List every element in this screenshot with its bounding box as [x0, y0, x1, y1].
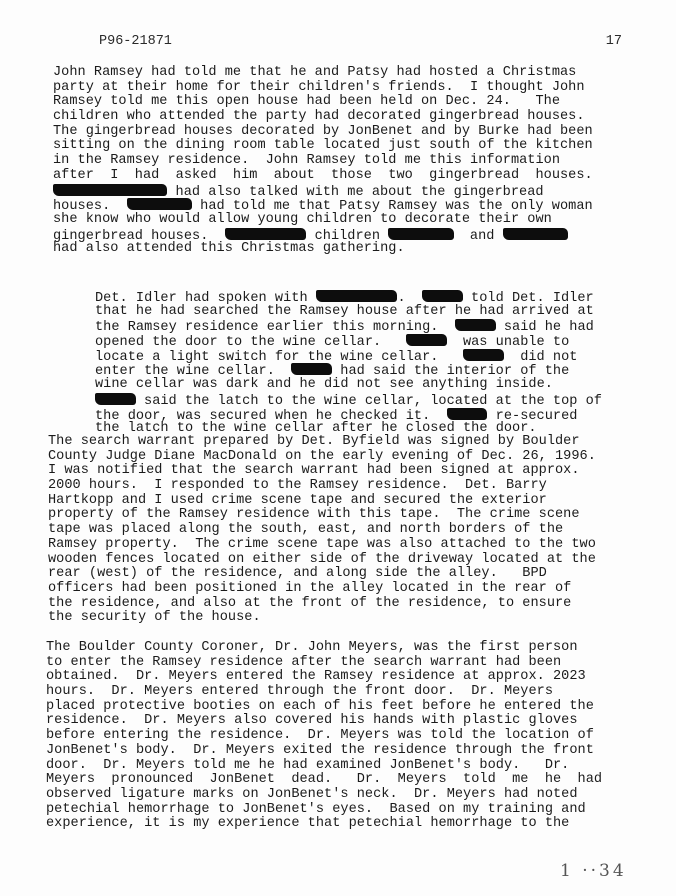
text-segment: the residence, and also at the front of … — [48, 596, 571, 611]
text-segment: door. Dr. Meyers told me he had examined… — [46, 758, 569, 773]
text-line: wine cellar was dark and he did not see … — [95, 378, 602, 393]
redaction-bar — [388, 228, 453, 240]
text-line: the door, was secured when he checked it… — [95, 408, 602, 423]
text-segment: in the Ramsey residence. John Ramsey tol… — [53, 153, 560, 168]
text-segment: rear (west) of the residence, and along … — [48, 566, 547, 581]
text-line: Ramsey told me this open house had been … — [53, 95, 593, 110]
redaction-bar — [455, 319, 496, 331]
text-line: opened the door to the wine cellar. was … — [95, 334, 602, 349]
text-segment: the security of the house. — [48, 610, 261, 625]
redaction-bar — [447, 408, 488, 420]
text-line: 2000 hours. I responded to the Ramsey re… — [48, 479, 596, 494]
text-segment: opened the door to the wine cellar. — [95, 335, 406, 350]
redaction-bar — [225, 228, 307, 240]
text-line: sitting on the dining room table located… — [53, 139, 593, 154]
text-line: houses. had told me that Patsy Ramsey wa… — [53, 198, 593, 213]
text-segment: to enter the Ramsey residence after the … — [46, 655, 561, 670]
text-segment: children who attended the party had deco… — [53, 109, 585, 124]
text-line: experience, it is my experience that pet… — [46, 817, 602, 832]
text-segment: after I had asked him about those two gi… — [53, 168, 593, 183]
page-number: 17 — [606, 34, 622, 49]
text-line: had also talked with me about the ginger… — [53, 184, 593, 199]
text-segment: 2000 hours. I responded to the Ramsey re… — [48, 478, 547, 493]
document-page: P96-21871 17 John Ramsey had told me tha… — [0, 0, 676, 896]
text-segment: tape was placed along the south, east, a… — [48, 522, 563, 537]
redaction-bar — [463, 349, 504, 361]
text-segment: hours. Dr. Meyers entered through the fr… — [46, 684, 553, 699]
text-line: the security of the house. — [48, 611, 596, 626]
text-segment: officers had been positioned in the alle… — [48, 581, 571, 596]
text-line: John Ramsey had told me that he and Pats… — [53, 66, 593, 81]
text-line: tape was placed along the south, east, a… — [48, 523, 596, 538]
paragraph-coroner: The Boulder County Coroner, Dr. John Mey… — [46, 641, 602, 832]
paragraph-search-warrant: The search warrant prepared by Det. Byfi… — [48, 435, 596, 626]
text-line: that he had searched the Ramsey house af… — [95, 305, 602, 320]
text-segment: experience, it is my experience that pet… — [46, 816, 569, 831]
text-line: The gingerbread houses decorated by JonB… — [53, 125, 593, 140]
redaction-bar — [406, 334, 447, 346]
text-line: had also attended this Christmas gatheri… — [53, 242, 593, 257]
text-segment: obtained. Dr. Meyers entered the Ramsey … — [46, 669, 586, 684]
redaction-bar — [316, 290, 398, 302]
text-segment: that he had searched the Ramsey house af… — [95, 304, 594, 319]
text-line: hours. Dr. Meyers entered through the fr… — [46, 685, 602, 700]
text-line: residence. Dr. Meyers also covered his h… — [46, 714, 602, 729]
text-line: children who attended the party had deco… — [53, 110, 593, 125]
text-segment: Ramsey property. The crime scene tape wa… — [48, 537, 596, 552]
text-line: after I had asked him about those two gi… — [53, 169, 593, 184]
text-line: Det. Idler had spoken with . told Det. I… — [95, 290, 602, 305]
text-segment: The gingerbread houses decorated by JonB… — [53, 124, 593, 139]
text-line: in the Ramsey residence. John Ramsey tol… — [53, 154, 593, 169]
text-line: JonBenet's body. Dr. Meyers exited the r… — [46, 744, 602, 759]
text-line: obtained. Dr. Meyers entered the Ramsey … — [46, 670, 602, 685]
text-line: officers had been positioned in the alle… — [48, 582, 596, 597]
text-line: I was notified that the search warrant h… — [48, 464, 596, 479]
redaction-bar — [422, 290, 463, 302]
text-segment: I was notified that the search warrant h… — [48, 463, 580, 478]
text-line: to enter the Ramsey residence after the … — [46, 656, 602, 671]
text-segment: observed ligature marks on JonBenet's ne… — [46, 787, 578, 802]
text-line: The Boulder County Coroner, Dr. John Mey… — [46, 641, 602, 656]
text-segment: petechial hemorrhage to JonBenet's eyes.… — [46, 802, 586, 817]
bates-stamp: 1 ··34 — [560, 861, 627, 881]
text-segment: was unable to — [447, 335, 570, 350]
text-line: observed ligature marks on JonBenet's ne… — [46, 788, 602, 803]
text-line: The search warrant prepared by Det. Byfi… — [48, 435, 596, 450]
text-segment: JonBenet's body. Dr. Meyers exited the r… — [46, 743, 594, 758]
redaction-bar — [291, 363, 332, 375]
text-line: property of the Ramsey residence with th… — [48, 508, 596, 523]
text-line: petechial hemorrhage to JonBenet's eyes.… — [46, 803, 602, 818]
redaction-bar — [127, 198, 192, 210]
text-segment: sitting on the dining room table located… — [53, 138, 593, 153]
text-line: the residence, and also at the front of … — [48, 597, 596, 612]
text-line: the Ramsey residence earlier this mornin… — [95, 319, 602, 334]
text-line: Ramsey property. The crime scene tape wa… — [48, 538, 596, 553]
text-line: Hartkopp and I used crime scene tape and… — [48, 494, 596, 509]
text-line: Meyers pronounced JonBenet dead. Dr. Mey… — [46, 773, 602, 788]
text-line: wooden fences located on either side of … — [48, 553, 596, 568]
paragraph-wine-cellar: Det. Idler had spoken with . told Det. I… — [95, 290, 602, 437]
text-segment: and — [454, 229, 503, 244]
text-segment: Ramsey told me this open house had been … — [53, 94, 560, 109]
text-segment: residence. Dr. Meyers also covered his h… — [46, 713, 578, 728]
text-line: she know who would allow young children … — [53, 213, 593, 228]
text-line: County Judge Diane MacDonald on the earl… — [48, 450, 596, 465]
text-segment: The Boulder County Coroner, Dr. John Mey… — [46, 640, 578, 655]
paragraph-gingerbread: John Ramsey had told me that he and Pats… — [53, 66, 593, 257]
text-segment: had also attended this Christmas gatheri… — [53, 241, 405, 256]
text-line: door. Dr. Meyers told me he had examined… — [46, 759, 602, 774]
text-line: placed protective booties on each of his… — [46, 700, 602, 715]
text-segment: said the latch to the wine cellar, locat… — [136, 394, 602, 409]
text-segment: County Judge Diane MacDonald on the earl… — [48, 449, 596, 464]
text-segment: placed protective booties on each of his… — [46, 699, 594, 714]
text-segment: she know who would allow young children … — [53, 212, 552, 227]
redaction-bar — [503, 228, 568, 240]
text-segment: Meyers pronounced JonBenet dead. Dr. Mey… — [46, 772, 602, 787]
text-line: party at their home for their children's… — [53, 81, 593, 96]
text-line: rear (west) of the residence, and along … — [48, 567, 596, 582]
text-line: said the latch to the wine cellar, locat… — [95, 393, 602, 408]
text-line: gingerbread houses. children and — [53, 228, 593, 243]
text-line: locate a light switch for the wine cella… — [95, 349, 602, 364]
text-segment: The search warrant prepared by Det. Byfi… — [48, 434, 580, 449]
case-number: P96-21871 — [99, 34, 172, 49]
redaction-bar — [95, 393, 136, 405]
text-segment: property of the Ramsey residence with th… — [48, 507, 580, 522]
text-segment: party at their home for their children's… — [53, 80, 585, 95]
text-segment: before entering the residence. Dr. Meyer… — [46, 728, 594, 743]
redaction-bar — [53, 184, 167, 196]
text-line: enter the wine cellar. had said the inte… — [95, 363, 602, 378]
text-segment: John Ramsey had told me that he and Pats… — [53, 65, 576, 80]
text-segment: Hartkopp and I used crime scene tape and… — [48, 493, 547, 508]
text-segment: wine cellar was dark and he did not see … — [95, 377, 553, 392]
text-segment: wooden fences located on either side of … — [48, 552, 596, 567]
text-line: before entering the residence. Dr. Meyer… — [46, 729, 602, 744]
